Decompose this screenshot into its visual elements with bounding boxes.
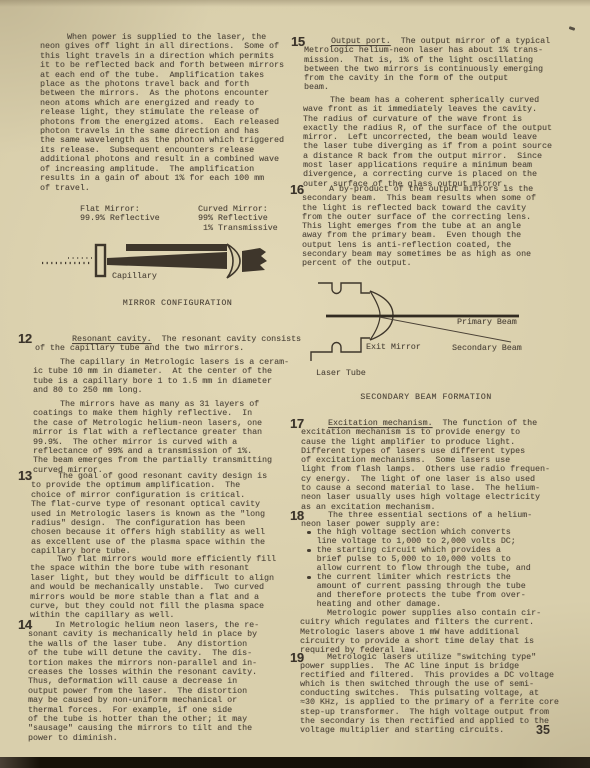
scanned-manual-page: When power is supplied to the laser, the… (0, 0, 590, 768)
secondary-beam-label: Secondary Beam (452, 344, 522, 353)
paragraph-cavity-design: The goal of good resonant cavity design … (31, 472, 267, 557)
section-15-number: 15 (291, 35, 305, 48)
section-12-number: 12 (18, 332, 32, 345)
section-13-number: 13 (18, 469, 32, 482)
page-number: 35 (536, 724, 550, 737)
tube-stub-shape (242, 248, 267, 272)
section-15-heading-text: The output mirror of a typical Metrologi… (304, 37, 550, 92)
laser-tube-top-wall (318, 283, 370, 294)
power-supply-bullet-list: the high voltage section which converts … (307, 528, 531, 609)
paragraph-mirror-coatings: The mirrors have as many as 31 layers of… (33, 400, 272, 475)
section-17-heading: Excitation mechanism. The function of th… (301, 419, 550, 512)
secondary-beam-formation-caption: SECONDARY BEAM FORMATION (300, 393, 552, 402)
scan-edge-bar (0, 757, 590, 768)
scan-speck (569, 26, 576, 31)
tube-upper-wall-shape (126, 244, 227, 251)
section-12-heading: Resonant cavity. The resonant cavity con… (35, 335, 301, 354)
section-17-heading-text: The function of the excitation mechanism… (301, 419, 550, 512)
section-15-heading: Output port. The output mirror of a typi… (304, 37, 550, 93)
resonant-cavity-term: Resonant cavity. (72, 335, 152, 344)
flat-mirror-shape (96, 245, 105, 276)
list-item: the starting circuit which provides a br… (307, 546, 531, 573)
paragraph-laser-amplification: When power is supplied to the laser, the… (40, 33, 284, 193)
excitation-mechanism-term: Excitation mechanism. (328, 419, 433, 428)
bullet-starting-circuit: the starting circuit which provides a br… (317, 546, 531, 573)
capillary-tube-shape (107, 252, 227, 269)
exit-mirror-label: Exit Mirror (366, 343, 421, 352)
bullet-high-voltage: the high voltage section which converts … (317, 528, 516, 546)
curved-mirror-shape (227, 244, 240, 278)
paragraph-mirror-tradeoffs: Two flat mirrors would more efficiently … (30, 555, 276, 621)
capillary-label: Capillary (112, 272, 157, 281)
mirror-configuration-caption: MIRROR CONFIGURATION (50, 299, 305, 308)
bullet-icon (307, 549, 311, 553)
paragraph-tube-distortion: In Metrologic helium neon lasers, the re… (28, 621, 259, 743)
laser-tube-bottom-wall (311, 338, 370, 361)
paragraph-secondary-beam: A by-product of the output mirrors is th… (302, 185, 536, 269)
output-port-term: Output port. (331, 37, 391, 46)
bullet-icon (307, 576, 311, 580)
bullet-current-limiter: the current limiter which restricts the … (317, 573, 526, 609)
paragraph-wave-front: The beam has a coherent spherically curv… (303, 96, 552, 189)
paragraph-capillary-dimensions: The capillary in Metrologic lasers is a … (33, 358, 289, 396)
list-item: the high voltage section which converts … (307, 528, 531, 546)
list-item: the current limiter which restricts the … (307, 573, 531, 609)
mirror-configuration-diagram (30, 239, 285, 283)
curved-mirror-spec: Curved Mirror: 99% Reflective 1% Transmi… (198, 205, 278, 233)
laser-tube-label: Laser Tube (316, 369, 366, 378)
paragraph-switching-supplies: Metrologic lasers utilize "switching typ… (300, 653, 559, 735)
paragraph-regulation-circuitry: Metrologic power supplies also contain c… (300, 609, 541, 655)
bullet-icon (307, 531, 311, 535)
flat-mirror-spec: Flat Mirror: 99.9% Reflective (80, 205, 160, 224)
paragraph-power-supply-sections: The three essential sections of a helium… (301, 511, 532, 530)
primary-beam-label: Primary Beam (457, 318, 517, 327)
